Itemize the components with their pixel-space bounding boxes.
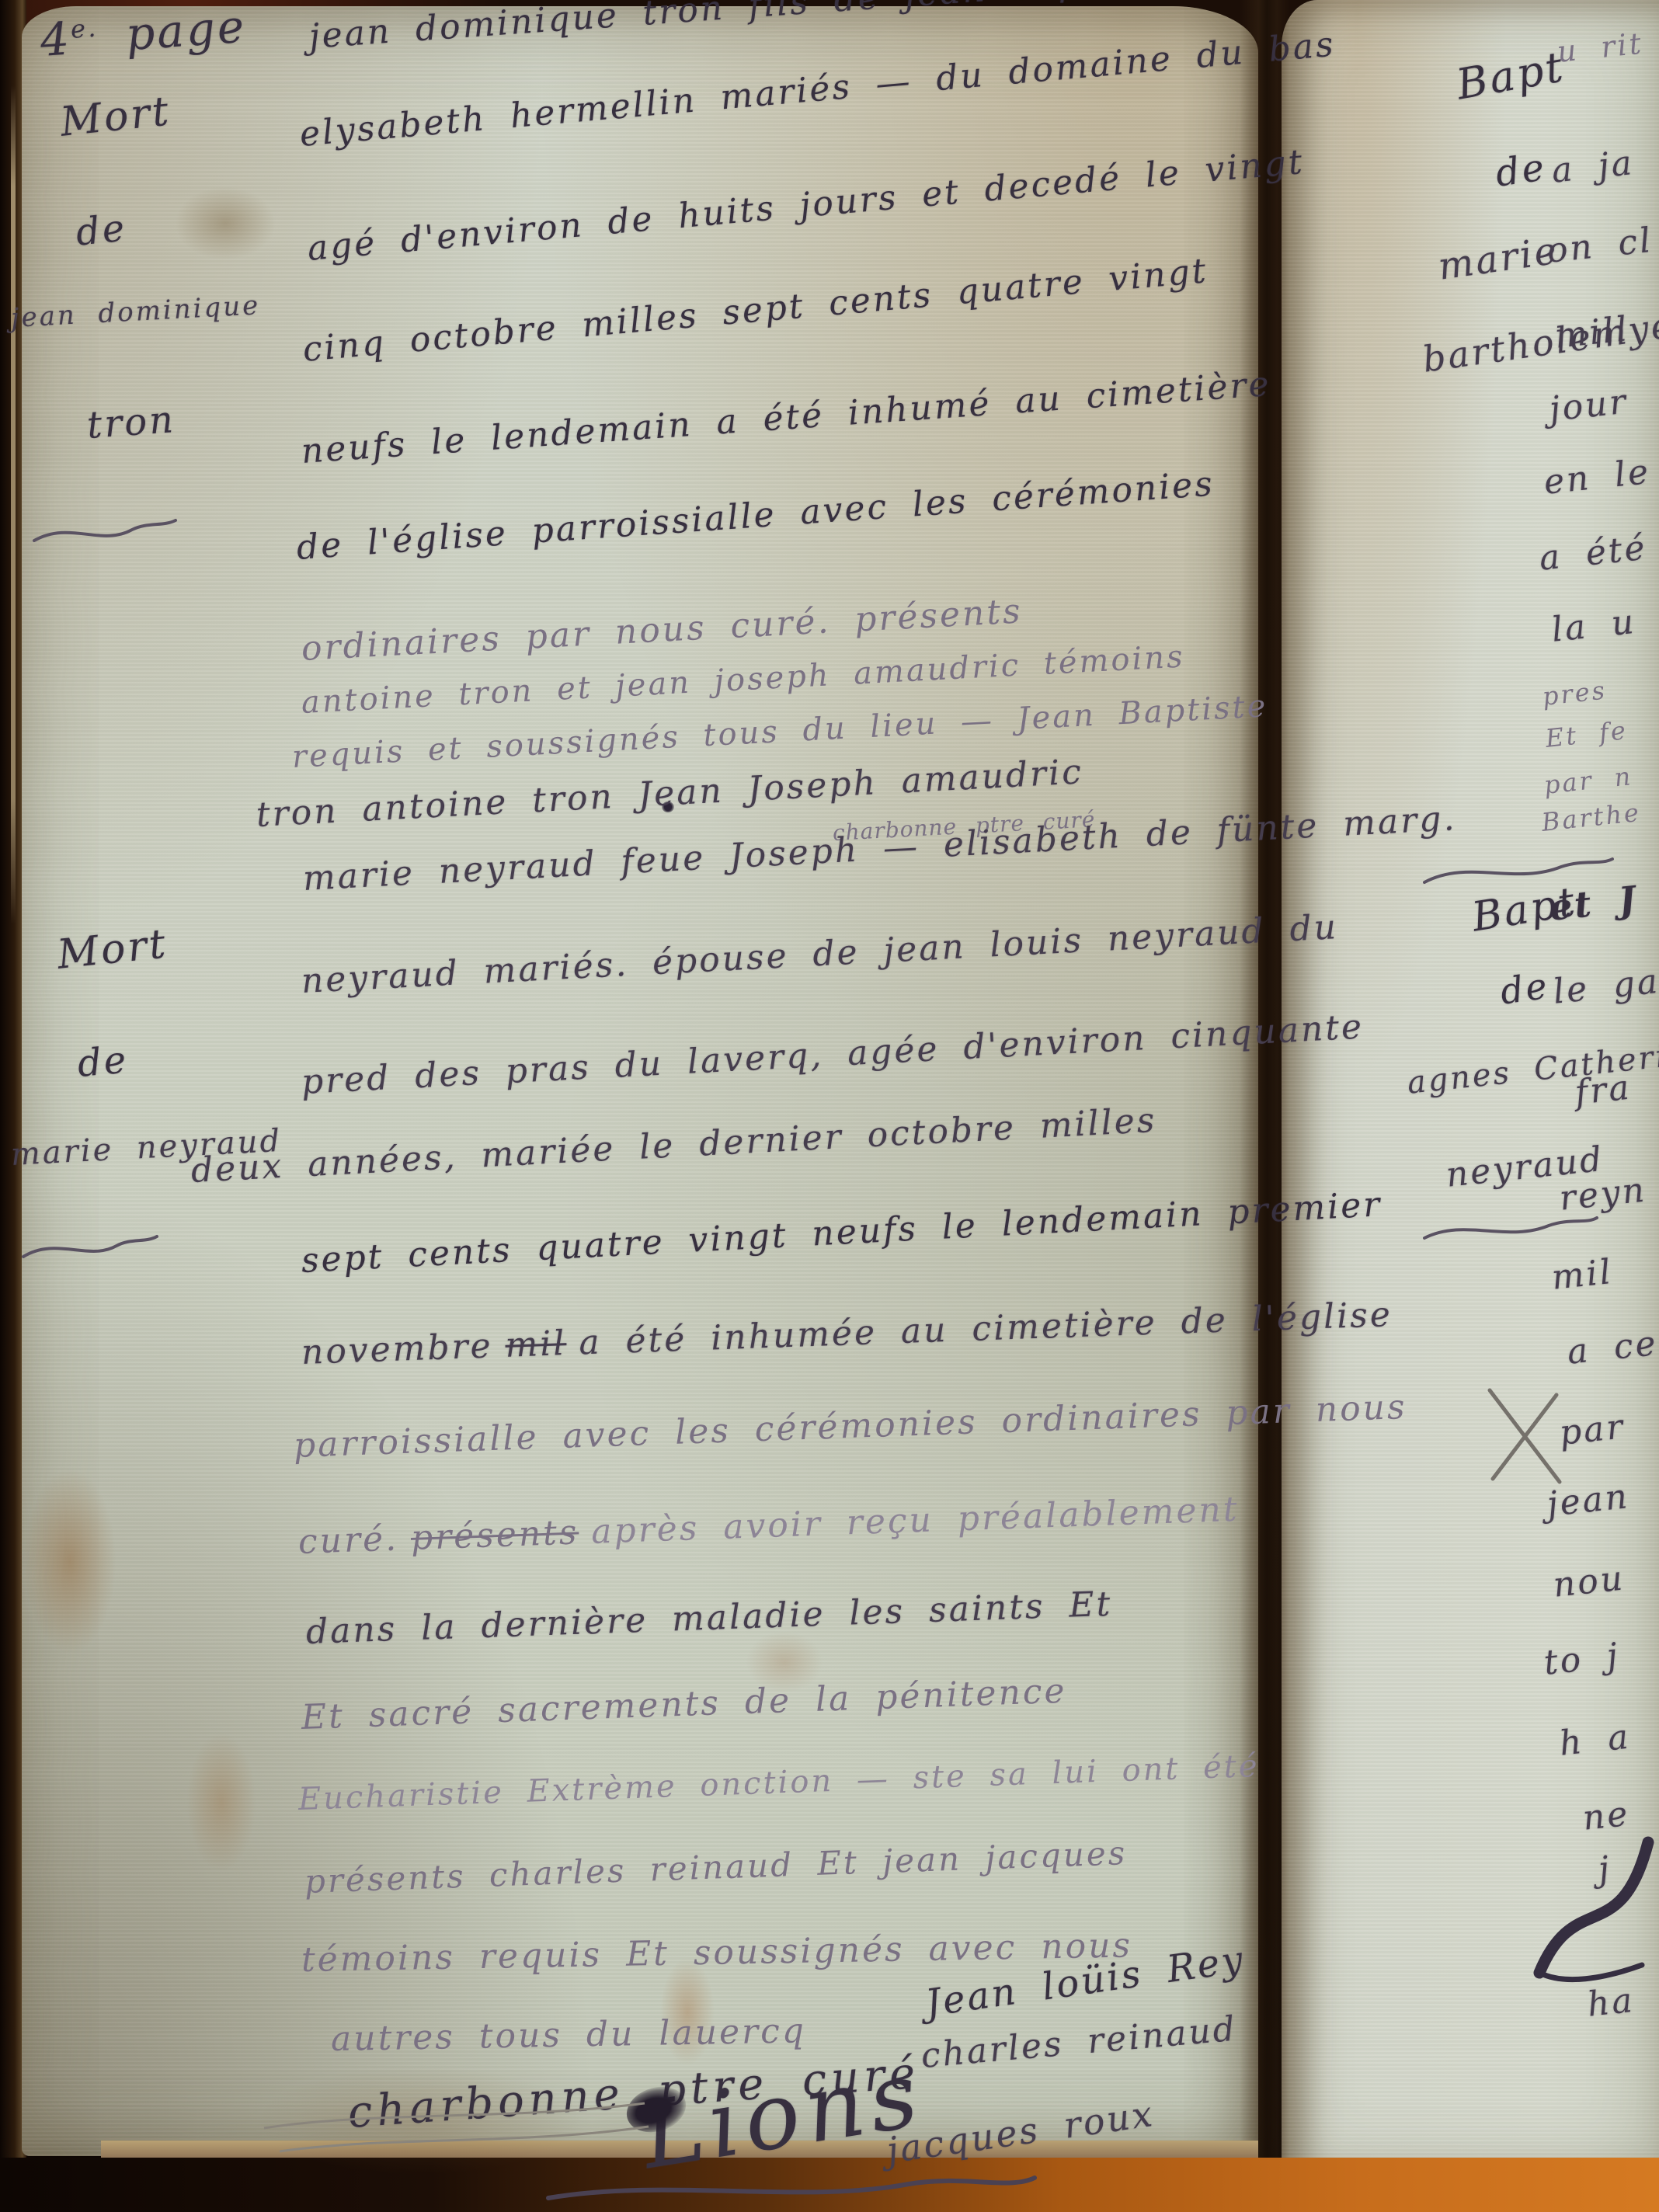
right-margin-de-1: de [1493,145,1549,196]
right-fragment: fra [1573,1068,1633,1113]
margin-note-de-2: de [76,1038,130,1085]
right-fragment: jour [1547,382,1629,430]
record2-line: autres tous du lauercq [331,2011,807,2059]
signature-swash [1533,1833,1659,1988]
page-word: page [124,0,249,61]
right-fragment: mil [1549,1252,1615,1298]
pencil-strokes [256,2097,660,2175]
margin-flourish [31,513,179,551]
page-number: 4 [39,12,74,67]
page-number-ordinal: e. [70,13,99,44]
right-fragment: h a [1557,1717,1632,1764]
right-fragment: to j [1542,1636,1622,1683]
right-margin-de-2: de [1497,965,1552,1013]
margin-note-surname-1: tron [85,398,177,447]
margin-flourish [20,1230,160,1266]
book-gutter [1240,0,1289,2179]
right-fragment: mill [1553,309,1631,356]
struck-word: présents [410,1512,579,1558]
line-part: curé. [297,1519,399,1562]
signature-underline-swash [544,2167,1041,2212]
right-fragment: par [1557,1407,1626,1453]
right-fragment: ne [1581,1794,1631,1838]
margin-note-de-1: de [74,206,129,255]
parish-register-photo: 4e. page Mort de jean dominique tron jea… [0,0,1659,2212]
stacked-page-edges [11,85,16,924]
struck-word: mil [505,1323,568,1365]
line-part: novembre [301,1326,493,1372]
right-fragment: nou [1551,1559,1626,1605]
